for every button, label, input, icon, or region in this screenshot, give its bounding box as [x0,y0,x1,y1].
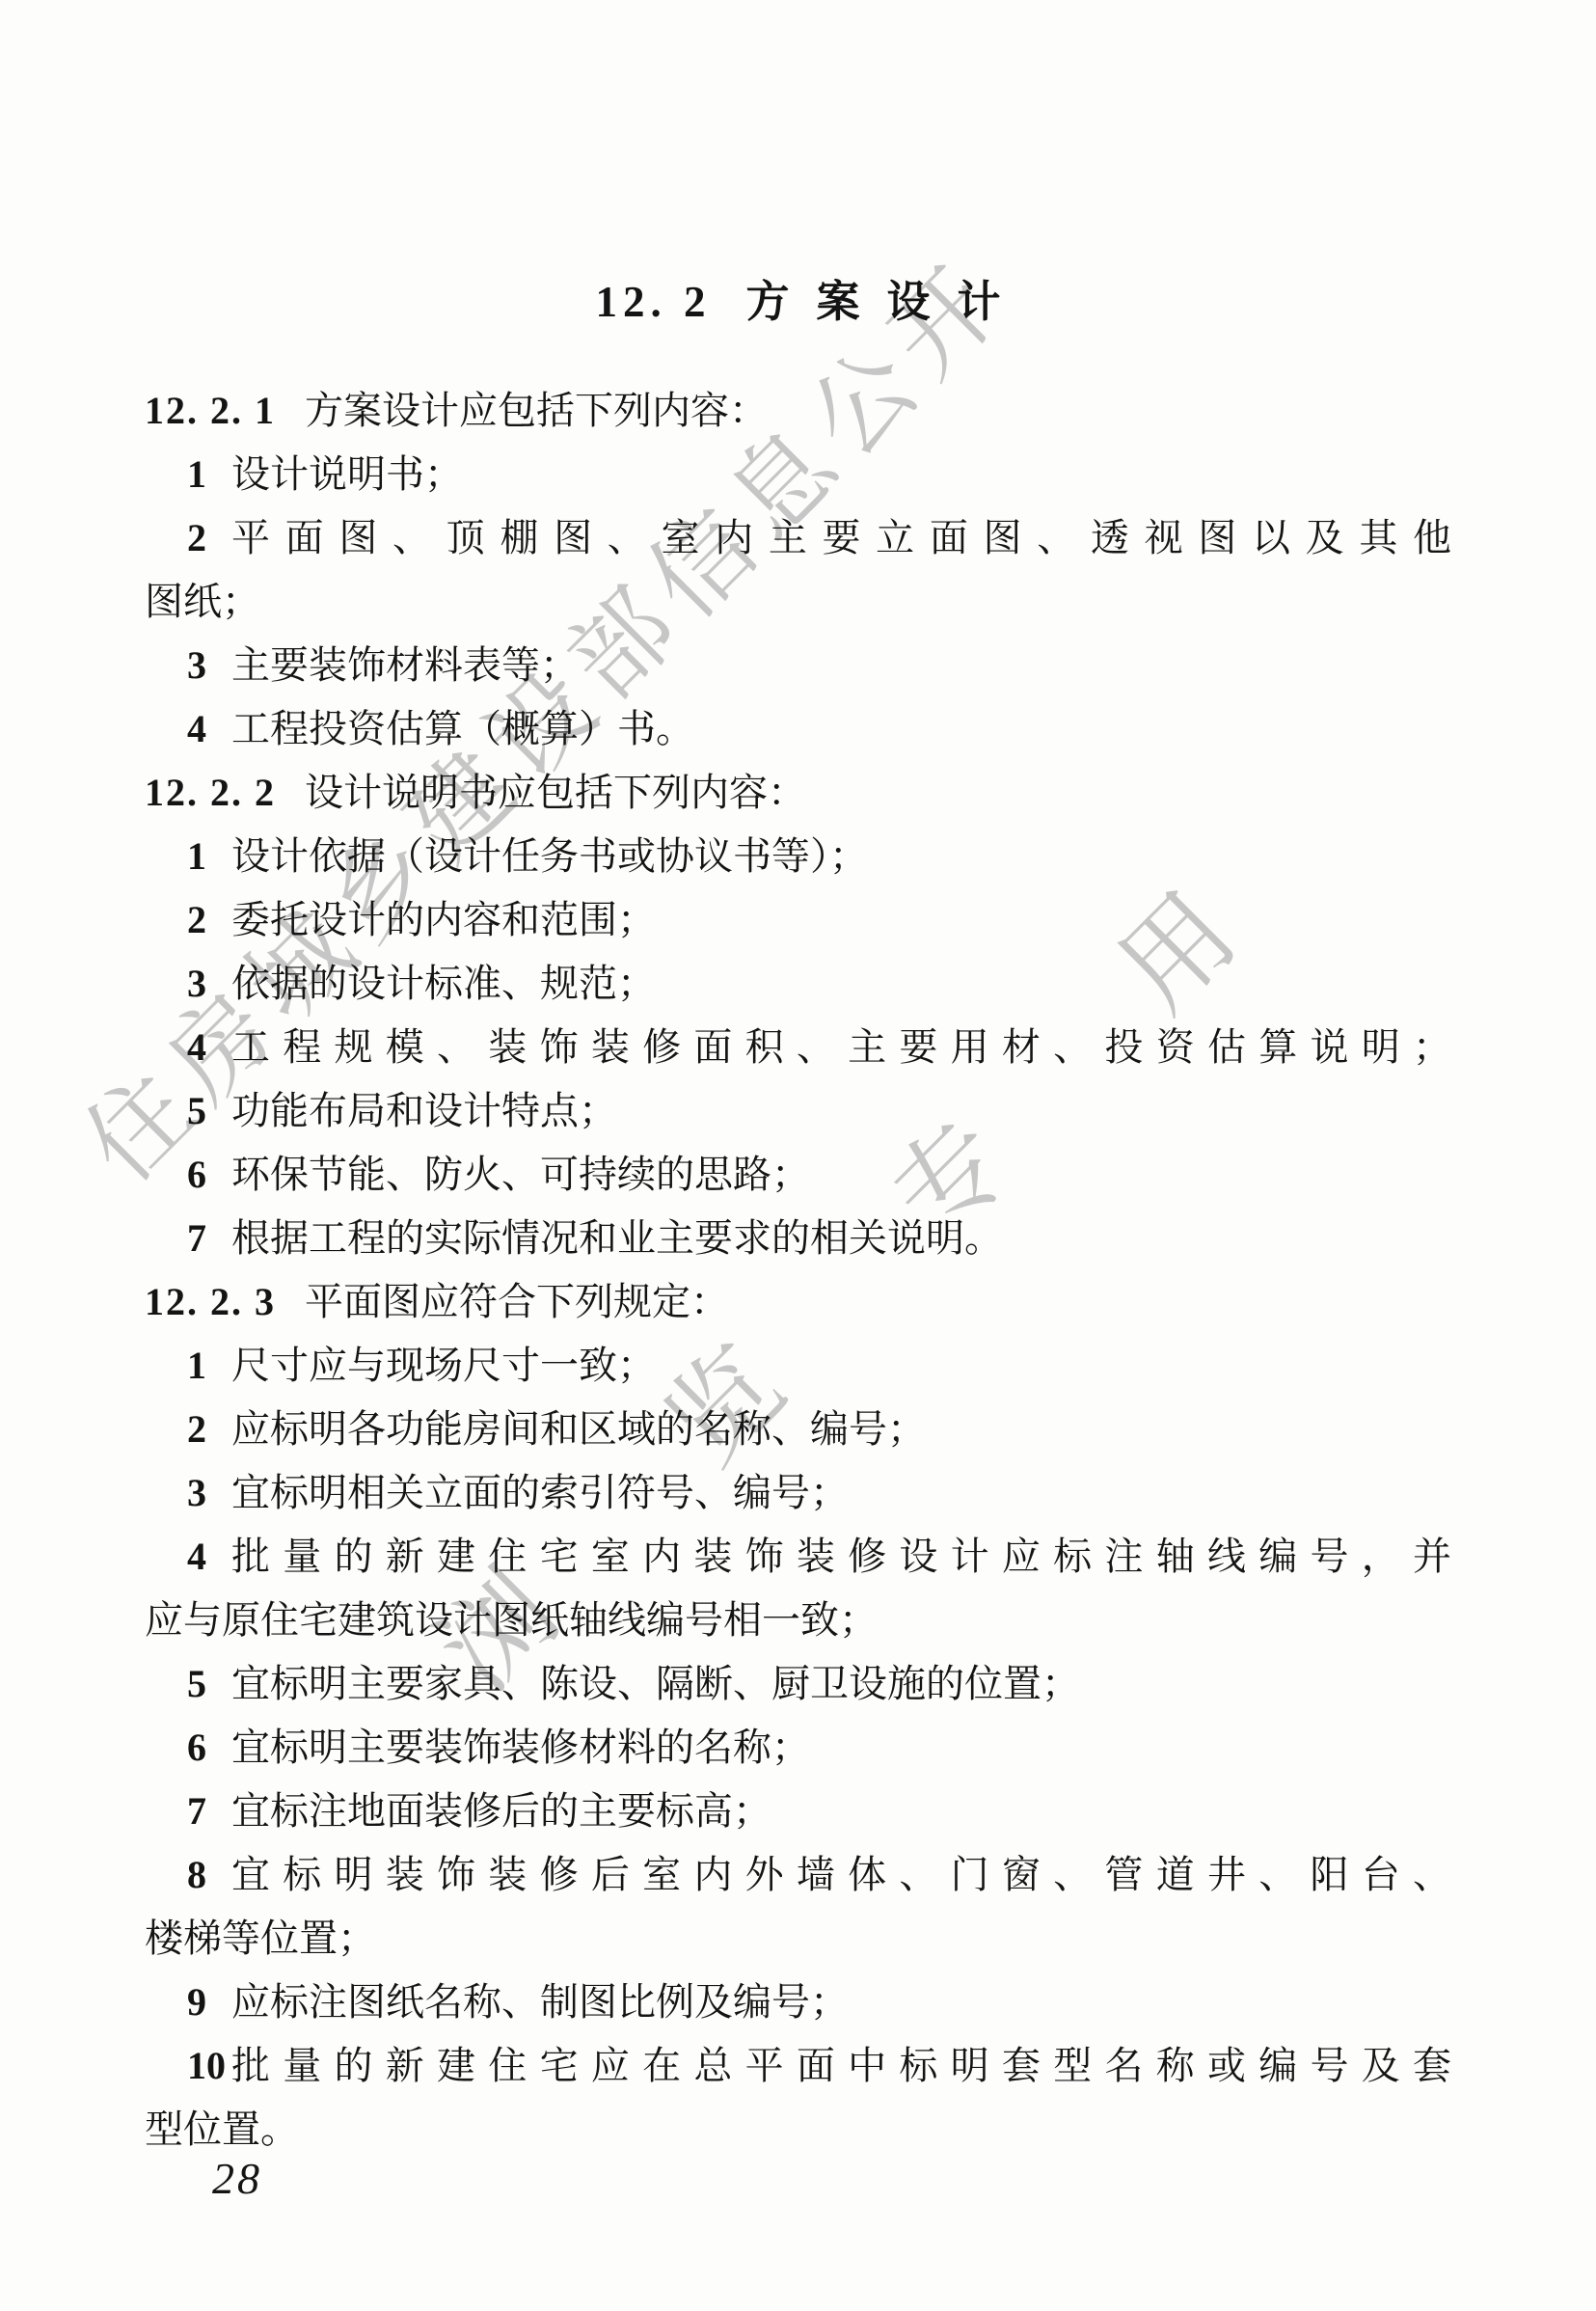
clause-number: 5 [187,1652,206,1716]
page-title: 12. 2方案设计 [0,273,1596,331]
clause-text: 应标注图纸名称、制图比例及编号； [145,1971,1451,2034]
page-number: 28 [212,2153,262,2204]
section-heading-text: 设计说明书应包括下列内容： [305,771,806,814]
clause-text: 主要装饰材料表等； [145,634,1451,697]
clause-number: 5 [187,1079,206,1143]
clause-number: 2 [187,506,206,570]
document-body: 12. 2. 1方案设计应包括下列内容：1设计说明书；2平面图、顶棚图、室内主要… [145,379,1451,2161]
clause-text: 根据工程的实际情况和业主要求的相关说明。 [145,1207,1451,1270]
clause-number: 10 [187,2034,226,2098]
clause-text: 工程规模、装饰装修面积、主要用材、投资估算说明； [145,1016,1451,1079]
page-title-text: 方案设计 [745,278,1027,326]
section-number: 12. 2. 3 [145,1280,276,1323]
clause-item: 2应标明各功能房间和区域的名称、编号； [145,1398,1451,1461]
clause-text: 应标明各功能房间和区域的名称、编号； [145,1398,1451,1461]
clause-text-continued: 楼梯等位置； [145,1907,1451,1971]
clause-number: 3 [187,634,206,697]
clause-number: 4 [187,1525,206,1589]
document-page: { "watermark": { "line1": "住房城乡建设部信息公开",… [0,0,1596,2311]
clause-item: 3依据的设计标准、规范； [145,952,1451,1016]
clause-number: 9 [187,1971,206,2034]
clause-text: 委托设计的内容和范围； [145,888,1451,952]
clause-text: 尺寸应与现场尺寸一致； [145,1334,1451,1398]
clause-number: 7 [187,1780,206,1843]
clause-item: 9应标注图纸名称、制图比例及编号； [145,1971,1451,2034]
clause-text-continued: 应与原住宅建筑设计图纸轴线编号相一致； [145,1589,1451,1652]
clause-number: 4 [187,697,206,761]
clause-text: 宜标注地面装修后的主要标高； [145,1780,1451,1843]
clause-text: 批量的新建住宅应在总平面中标明套型名称或编号及套 [145,2034,1451,2098]
section-number: 12. 2. 2 [145,771,276,814]
clause-number: 1 [187,1334,206,1398]
clause-number: 2 [187,1398,206,1461]
clause-text: 平面图、顶棚图、室内主要立面图、透视图以及其他 [145,506,1451,570]
clause-text: 宜标明装饰装修后室内外墙体、门窗、管道井、阳台、 [145,1843,1451,1907]
clause-number: 1 [187,443,206,506]
clause-number: 3 [187,1461,206,1525]
clause-number: 8 [187,1843,206,1907]
clause-item: 5功能布局和设计特点； [145,1079,1451,1143]
clause-text: 工程投资估算（概算）书。 [145,697,1451,761]
clause-item: 4批量的新建住宅室内装饰装修设计应标注轴线编号，并应与原住宅建筑设计图纸轴线编号… [145,1525,1451,1652]
clause-text: 宜标明主要家具、陈设、隔断、厨卫设施的位置； [145,1652,1451,1716]
clause-number: 1 [187,825,206,888]
clause-number: 7 [187,1207,206,1270]
clause-number: 6 [187,1143,206,1207]
clause-text: 依据的设计标准、规范； [145,952,1451,1016]
clause-text: 环保节能、防火、可持续的思路； [145,1143,1451,1207]
clause-item: 3宜标明相关立面的索引符号、编号； [145,1461,1451,1525]
clause-item: 6环保节能、防火、可持续的思路； [145,1143,1451,1207]
clause-item: 2委托设计的内容和范围； [145,888,1451,952]
clause-text: 宜标明相关立面的索引符号、编号； [145,1461,1451,1525]
clause-number: 4 [187,1016,206,1079]
clause-item: 10批量的新建住宅应在总平面中标明套型名称或编号及套型位置。 [145,2034,1451,2161]
clause-item: 6宜标明主要装饰装修材料的名称； [145,1716,1451,1780]
clause-item: 7宜标注地面装修后的主要标高； [145,1780,1451,1843]
section-heading-text: 方案设计应包括下列内容： [305,389,768,432]
section-heading: 12. 2. 3平面图应符合下列规定： [145,1270,1451,1334]
clause-item: 8宜标明装饰装修后室内外墙体、门窗、管道井、阳台、楼梯等位置； [145,1843,1451,1971]
clause-text-continued: 图纸； [145,570,1451,634]
clause-number: 2 [187,888,206,952]
clause-item: 4工程规模、装饰装修面积、主要用材、投资估算说明； [145,1016,1451,1079]
clause-item: 5宜标明主要家具、陈设、隔断、厨卫设施的位置； [145,1652,1451,1716]
section-heading: 12. 2. 1方案设计应包括下列内容： [145,379,1451,443]
clause-item: 3主要装饰材料表等； [145,634,1451,697]
clause-text: 宜标明主要装饰装修材料的名称； [145,1716,1451,1780]
clause-number: 3 [187,952,206,1016]
clause-text: 设计说明书； [145,443,1451,506]
clause-item: 7根据工程的实际情况和业主要求的相关说明。 [145,1207,1451,1270]
section-heading: 12. 2. 2设计说明书应包括下列内容： [145,761,1451,825]
clause-text: 功能布局和设计特点； [145,1079,1451,1143]
section-heading-text: 平面图应符合下列规定： [305,1280,729,1323]
clause-text: 设计依据（设计任务书或协议书等）； [145,825,1451,888]
clause-item: 1尺寸应与现场尺寸一致； [145,1334,1451,1398]
clause-number: 6 [187,1716,206,1780]
clause-item: 2平面图、顶棚图、室内主要立面图、透视图以及其他图纸； [145,506,1451,634]
section-number: 12. 2. 1 [145,389,276,432]
clause-item: 4工程投资估算（概算）书。 [145,697,1451,761]
page-title-number: 12. 2 [595,278,711,326]
clause-item: 1设计说明书； [145,443,1451,506]
clause-item: 1设计依据（设计任务书或协议书等）； [145,825,1451,888]
clause-text-continued: 型位置。 [145,2098,1451,2161]
clause-text: 批量的新建住宅室内装饰装修设计应标注轴线编号，并 [145,1525,1451,1589]
